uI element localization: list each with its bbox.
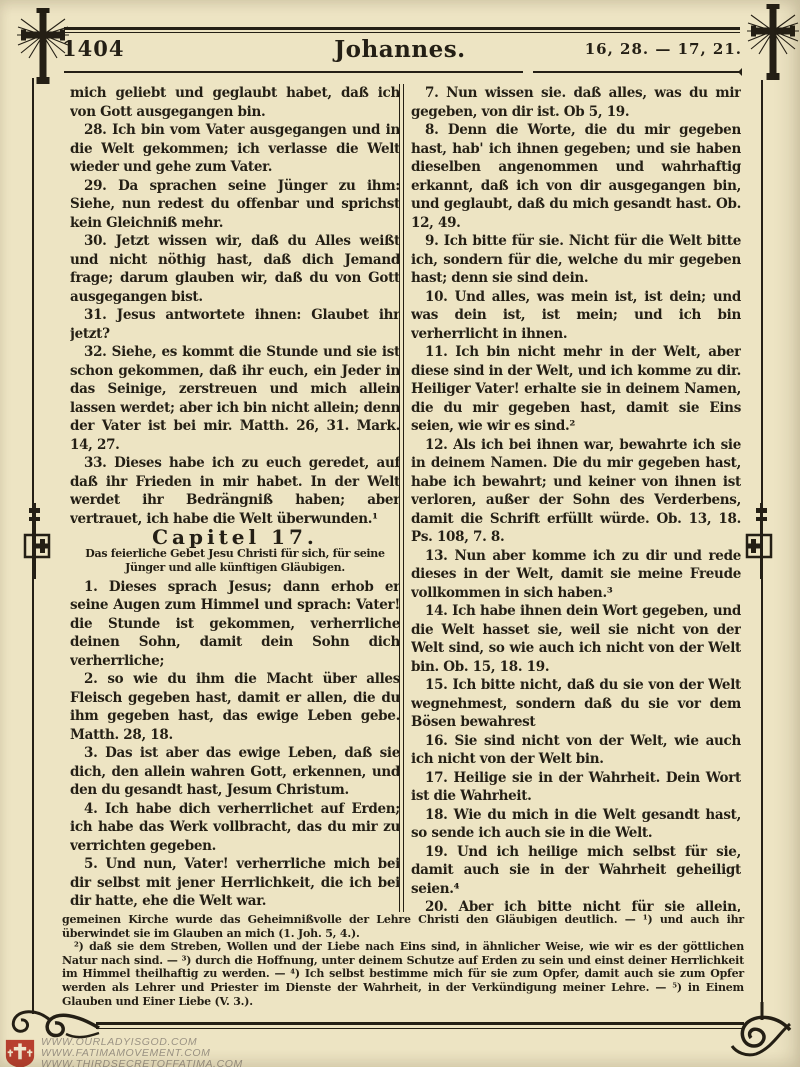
verse-paragraph: 8. Denn die Worte, die du mir gegeben ha… bbox=[411, 121, 741, 232]
top-border-thin bbox=[64, 32, 740, 33]
verse-paragraph: 13. Nun aber komme ich zu dir und rede d… bbox=[411, 547, 741, 603]
chapter-heading: Capitel 17. bbox=[70, 528, 400, 547]
verse-paragraph: 6. Ich habe deinen Namen den Menschen ge… bbox=[70, 911, 400, 913]
bottom-border-thin bbox=[96, 1028, 744, 1029]
verse-paragraph: 32. Siehe, es kommt die Stunde und sie i… bbox=[70, 343, 400, 454]
footnote-notes: ²) daß sie dem Streben, Wollen und der L… bbox=[62, 940, 744, 1008]
verse-paragraph: 18. Wie du mich in die Welt gesandt hast… bbox=[411, 806, 741, 843]
verse-range: 16, 28. — 17, 21. bbox=[585, 40, 742, 58]
verse-paragraph: 11. Ich bin nicht mehr in der Welt, aber… bbox=[411, 343, 741, 436]
header-rule-right bbox=[533, 71, 740, 73]
verse-paragraph: 12. Als ich bei ihnen war, bewahrte ich … bbox=[411, 436, 741, 547]
watermark-url: WWW.THIRDSECRETOFFATIMA.COM bbox=[41, 1058, 243, 1067]
verse-paragraph: 20. Aber ich bitte nicht für sie allein,… bbox=[411, 898, 741, 912]
verse-paragraph: 5. Und nun, Vater! verherrliche mich bei… bbox=[70, 855, 400, 911]
header-rule-left bbox=[64, 71, 523, 73]
top-border-thick bbox=[64, 27, 740, 30]
right-column: 7. Nun wissen sie. daß alles, was du mir… bbox=[411, 84, 741, 912]
key-cross-ornament-icon bbox=[23, 503, 61, 579]
bottom-border-thick bbox=[96, 1022, 744, 1025]
verse-paragraph: 4. Ich habe dich verherrlichet auf Erden… bbox=[70, 800, 400, 856]
verse-paragraph: 17. Heilige sie in der Wahrheit. Dein Wo… bbox=[411, 769, 741, 806]
chapter-subheading: Das feierliche Gebet Jesu Christi für si… bbox=[70, 547, 400, 575]
verse-paragraph: 29. Da sprachen seine Jünger zu ihm: Sie… bbox=[70, 177, 400, 233]
verse-paragraph: 30. Jetzt wissen wir, daß du Alles weißt… bbox=[70, 232, 400, 306]
verse-paragraph: 10. Und alles, was mein ist, ist dein; u… bbox=[411, 288, 741, 344]
verse-paragraph: 15. Ich bitte nicht, daß du sie von der … bbox=[411, 676, 741, 732]
verse-paragraph: 14. Ich habe ihnen dein Wort gegeben, un… bbox=[411, 602, 741, 676]
footnotes-block: gemeinen Kirche wurde das Geheimnißvolle… bbox=[62, 913, 744, 1008]
left-column: mich geliebt und geglaubt habet, daß ich… bbox=[70, 84, 400, 912]
verse-paragraph: 2. so wie du ihm die Macht über alles Fl… bbox=[70, 670, 400, 744]
verse-paragraph: 1. Dieses sprach Jesus; dann erhob er se… bbox=[70, 578, 400, 671]
watermark-shield-icon bbox=[2, 1039, 38, 1067]
verse-paragraph: 19. Und ich heilige mich selbst für sie,… bbox=[411, 843, 741, 899]
verse-paragraph: 33. Dieses habe ich zu euch geredet, auf… bbox=[70, 454, 400, 528]
verse-paragraph: 31. Jesus antwortete ihnen: Glaubet ihr … bbox=[70, 306, 400, 343]
verse-paragraph: 7. Nun wissen sie. daß alles, was du mir… bbox=[411, 84, 741, 121]
footnote-continuation: gemeinen Kirche wurde das Geheimnißvolle… bbox=[62, 913, 744, 940]
verse-paragraph: mich geliebt und geglaubt habet, daß ich… bbox=[70, 84, 400, 121]
verse-paragraph: 9. Ich bitte für sie. Nicht für die Welt… bbox=[411, 232, 741, 288]
verse-paragraph: 28. Ich bin vom Vater ausgegangen und in… bbox=[70, 121, 400, 177]
verse-paragraph: 16. Sie sind nicht von der Welt, wie auc… bbox=[411, 732, 741, 769]
verse-paragraph: 3. Das ist aber das ewige Leben, daß sie… bbox=[70, 744, 400, 800]
scroll-flourish-icon bbox=[730, 1002, 792, 1060]
